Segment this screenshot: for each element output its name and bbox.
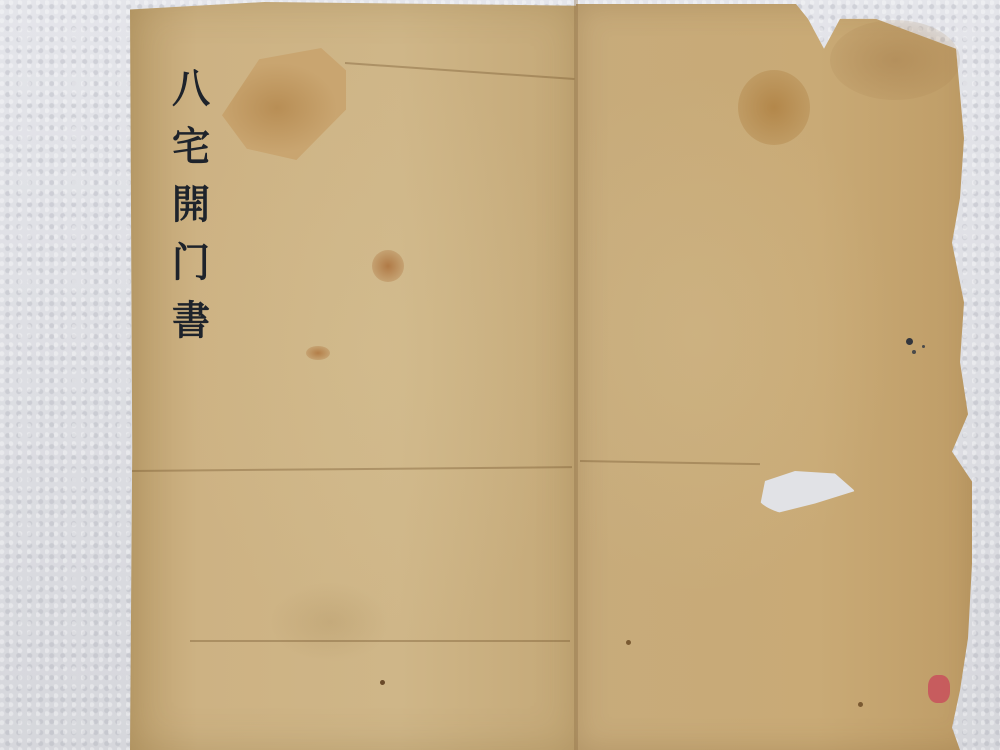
title-char: 開	[172, 176, 210, 234]
ink-dot	[906, 338, 913, 345]
water-stain	[372, 250, 404, 282]
ink-dot	[626, 640, 631, 645]
title-char: 门	[172, 234, 210, 292]
ink-dot	[380, 680, 385, 685]
water-stain	[306, 346, 330, 360]
center-fold-crease	[574, 0, 578, 750]
ink-dot	[858, 702, 863, 707]
cover-title: 八 宅 開 门 書	[160, 60, 222, 350]
ink-dot	[912, 350, 916, 354]
water-stain	[830, 20, 960, 100]
red-seal-mark	[928, 675, 950, 703]
paper-crease	[190, 640, 570, 642]
title-char: 八	[172, 60, 210, 118]
ink-dot	[922, 345, 925, 348]
water-stain	[738, 70, 810, 145]
title-char: 書	[172, 292, 210, 350]
title-char: 宅	[172, 118, 210, 176]
